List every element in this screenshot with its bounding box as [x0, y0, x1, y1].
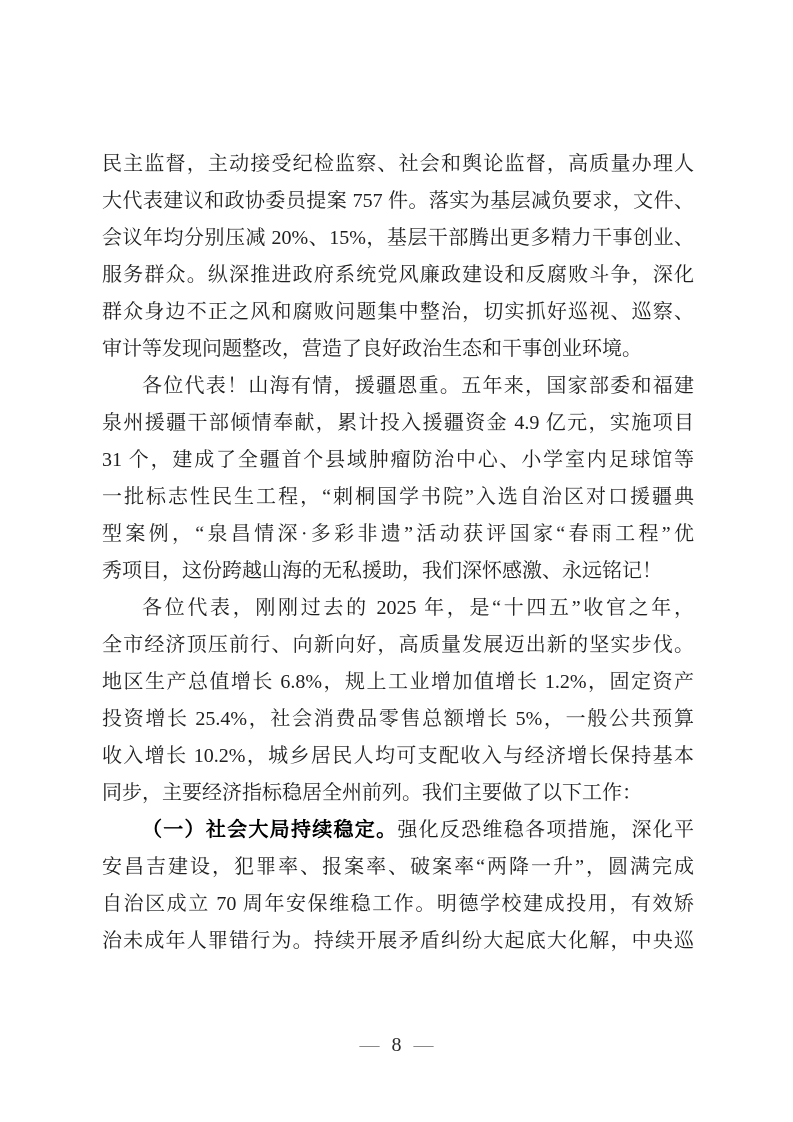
text-line: 各位代表！山海有情，援疆恩重。五年来，国家部委和福建 [102, 368, 694, 405]
page-number: 8 [392, 1034, 402, 1056]
paragraph: 民主监督，主动接受纪检监察、社会和舆论监督，高质量办理人大代表建议和政协委员提案… [102, 146, 694, 368]
body-text: 大代表建议和政协委员提案 757 件。落实为基层减负要求，文件、 [102, 190, 694, 212]
text-line: 投资增长 25.4%，社会消费品零售总额增长 5%，一般公共预算 [102, 701, 694, 738]
page-footer: —8— [0, 1030, 793, 1060]
body-text: 会议年均分别压减 20%、15%，基层干部腾出更多精力干事创业、 [102, 227, 694, 249]
text-line: （一）社会大局持续稳定。强化反恐维稳各项措施，深化平 [102, 812, 694, 849]
text-line: 31 个，建成了全疆首个县域肿瘤防治中心、小学室内足球馆等 [102, 442, 694, 479]
text-line: 大代表建议和政协委员提案 757 件。落实为基层减负要求，文件、 [102, 183, 694, 220]
text-line: 秀项目，这份跨越山海的无私援助，我们深怀感激、永远铭记！ [102, 553, 694, 590]
footer-dash-right: — [414, 1034, 434, 1056]
text-line: 自治区成立 70 周年安保维稳工作。明德学校建成投用，有效矫 [102, 886, 694, 923]
text-line: 型案例，“泉昌情深·多彩非遗”活动获评国家“春雨工程”优 [102, 516, 694, 553]
body-text: 地区生产总值增长 6.8%，规上工业增加值增长 1.2%，固定资产 [102, 671, 694, 693]
body-text: 群众身边不正之风和腐败问题集中整治，切实抓好巡视、巡察、 [102, 301, 694, 323]
paragraph: （一）社会大局持续稳定。强化反恐维稳各项措施，深化平安昌吉建设，犯罪率、报案率、… [102, 812, 694, 960]
text-line: 治未成年人罪错行为。持续开展矛盾纠纷大起底大化解，中央巡 [102, 923, 694, 960]
body-text: 服务群众。纵深推进政府系统党风廉政建设和反腐败斗争，深化 [102, 264, 694, 286]
text-line: 安昌吉建设，犯罪率、报案率、破案率“两降一升”，圆满完成 [102, 849, 694, 886]
section-heading-text: （一）社会大局持续稳定。 [142, 819, 397, 841]
body-text: 各位代表！山海有情，援疆恩重。五年来，国家部委和福建 [142, 375, 694, 397]
document-page: 民主监督，主动接受纪检监察、社会和舆论监督，高质量办理人大代表建议和政协委员提案… [0, 0, 793, 1122]
body-text: 秀项目，这份跨越山海的无私援助，我们深怀感激、永远铭记！ [102, 560, 662, 582]
paragraph: 各位代表！山海有情，援疆恩重。五年来，国家部委和福建泉州援疆干部倾情奉献，累计投… [102, 368, 694, 590]
body-text: 投资增长 25.4%，社会消费品零售总额增长 5%，一般公共预算 [102, 708, 694, 730]
body-text: 审计等发现问题整改，营造了良好政治生态和干事创业环境。 [102, 338, 642, 360]
text-line: 泉州援疆干部倾情奉献，累计投入援疆资金 4.9 亿元，实施项目 [102, 405, 694, 442]
body-text: 一批标志性民生工程，“刺桐国学书院”入选自治区对口援疆典 [102, 486, 694, 508]
text-line: 会议年均分别压减 20%、15%，基层干部腾出更多精力干事创业、 [102, 220, 694, 257]
body-text: 自治区成立 70 周年安保维稳工作。明德学校建成投用，有效矫 [102, 893, 694, 915]
body-text: 治未成年人罪错行为。持续开展矛盾纠纷大起底大化解，中央巡 [102, 930, 694, 952]
text-line: 一批标志性民生工程，“刺桐国学书院”入选自治区对口援疆典 [102, 479, 694, 516]
text-line: 服务群众。纵深推进政府系统党风廉政建设和反腐败斗争，深化 [102, 257, 694, 294]
text-line: 审计等发现问题整改，营造了良好政治生态和干事创业环境。 [102, 331, 694, 368]
text-line: 同步，主要经济指标稳居全州前列。我们主要做了以下工作： [102, 775, 694, 812]
body-text: 各位代表，刚刚过去的 2025 年，是“十四五”收官之年， [142, 597, 694, 619]
body-text: 强化反恐维稳各项措施，深化平 [397, 819, 694, 841]
body-text: 31 个，建成了全疆首个县域肿瘤防治中心、小学室内足球馆等 [102, 449, 694, 471]
body-text: 同步，主要经济指标稳居全州前列。我们主要做了以下工作： [102, 782, 642, 804]
body-text: 全市经济顶压前行、向新向好，高质量发展迈出新的坚实步伐。 [102, 634, 694, 656]
text-line: 民主监督，主动接受纪检监察、社会和舆论监督，高质量办理人 [102, 146, 694, 183]
text-line: 收入增长 10.2%，城乡居民人均可支配收入与经济增长保持基本 [102, 738, 694, 775]
text-line: 各位代表，刚刚过去的 2025 年，是“十四五”收官之年， [102, 590, 694, 627]
body-text: 泉州援疆干部倾情奉献，累计投入援疆资金 4.9 亿元，实施项目 [102, 412, 694, 434]
footer-dash-left: — [360, 1034, 380, 1056]
body-text: 安昌吉建设，犯罪率、报案率、破案率“两降一升”，圆满完成 [102, 856, 694, 878]
text-line: 地区生产总值增长 6.8%，规上工业增加值增长 1.2%，固定资产 [102, 664, 694, 701]
text-line: 全市经济顶压前行、向新向好，高质量发展迈出新的坚实步伐。 [102, 627, 694, 664]
text-line: 群众身边不正之风和腐败问题集中整治，切实抓好巡视、巡察、 [102, 294, 694, 331]
body-text: 收入增长 10.2%，城乡居民人均可支配收入与经济增长保持基本 [102, 745, 694, 767]
paragraph: 各位代表，刚刚过去的 2025 年，是“十四五”收官之年，全市经济顶压前行、向新… [102, 590, 694, 812]
document-body: 民主监督，主动接受纪检监察、社会和舆论监督，高质量办理人大代表建议和政协委员提案… [102, 146, 694, 960]
body-text: 型案例，“泉昌情深·多彩非遗”活动获评国家“春雨工程”优 [102, 523, 694, 545]
body-text: 民主监督，主动接受纪检监察、社会和舆论监督，高质量办理人 [102, 153, 694, 175]
